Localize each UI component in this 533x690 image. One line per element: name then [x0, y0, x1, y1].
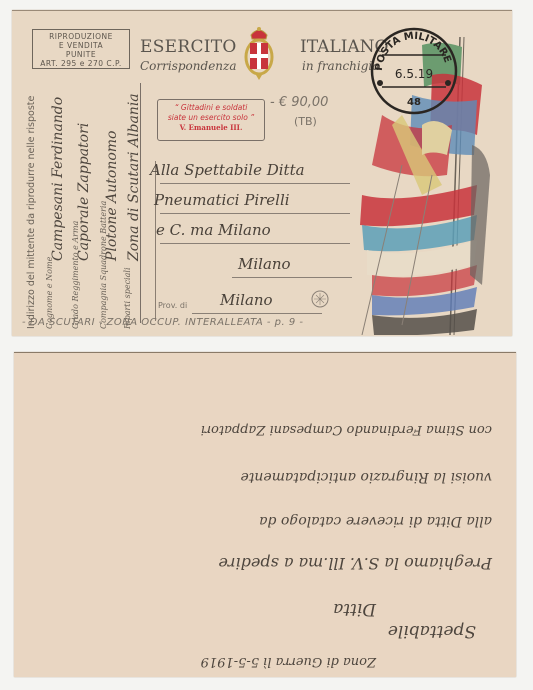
pencil-circle-mark-icon — [310, 289, 330, 309]
address-line: Milano — [238, 255, 291, 273]
handwritten-message: Zona di Guerra lì 5-5-1919 Spettabile Di… — [14, 353, 516, 677]
sender-instruction: Indirizzo del mittente da riprodurre nel… — [26, 96, 37, 329]
address-line: Milano — [220, 291, 273, 309]
message-line: Preghiamo la S.V. Ill.ma a spedire — [218, 554, 492, 573]
address-line: e C. ma Milano — [156, 221, 271, 239]
sender-field-value: Campesani Ferdinando — [50, 97, 66, 261]
postmark-stamp: POSTA MILITARE 6.5.19 48 — [368, 25, 460, 117]
postmark-text: POSTA MILITARE — [374, 31, 453, 72]
postmark-date: 6.5.19 — [395, 67, 433, 81]
message-line: Spettabile — [388, 621, 476, 641]
message-line: Ditta — [333, 599, 376, 619]
address-line: Pneumatici Pirelli — [154, 191, 290, 209]
message-line: alla Ditta di ricevere catalogo da — [259, 513, 492, 529]
quote-box: “ Gittadini e soldati siate un esercito … — [157, 99, 265, 141]
postmark-number: 48 — [407, 97, 421, 108]
address-underline — [160, 183, 350, 184]
bottom-pencil-note: - DA SCUTARI - ZONA OCCUP. INTERALLEATA … — [22, 317, 304, 328]
header-title-left: ESERCITO — [140, 37, 237, 57]
postcard-back: Zona di Guerra lì 5-5-1919 Spettabile Di… — [14, 352, 516, 677]
sender-field-value: Caporale Zappatori — [76, 123, 92, 261]
pencil-code: (TB) — [294, 115, 317, 128]
message-line: con Stima Ferdinando Campesani Zappatori — [201, 422, 492, 437]
address-underline — [232, 277, 352, 278]
address-underline — [192, 313, 322, 314]
message-line: vuoisi la Ringrazio anticipatamente — [240, 469, 492, 485]
divider — [155, 161, 156, 321]
address-line: Alla Spettabile Ditta — [150, 161, 305, 179]
address-underline — [160, 213, 350, 214]
sender-field-value: Zona di Scutari Albania — [126, 93, 142, 261]
header-subtitle-left: Corrispondenza — [140, 59, 237, 73]
pencil-price: - € 90,00 — [270, 95, 328, 110]
savoy-crest-icon — [244, 25, 274, 81]
quote-line: “ Gittadini e soldati — [158, 103, 264, 113]
message-line: Zona di Guerra lì 5-5-1919 — [201, 654, 376, 669]
quote-signature: V. Emanuele III. — [158, 123, 264, 133]
quote-line: siate un esercito solo ” — [158, 113, 264, 123]
sender-column: Indirizzo del mittente da riprodurre nel… — [12, 11, 147, 331]
province-prefix: Prov. di — [158, 301, 187, 310]
address-underline — [160, 243, 350, 244]
postcard-front: RIPRODUZIONE E VENDITA PUNITE ART. 295 e… — [12, 10, 512, 336]
sender-field-value: Plotone Autonomo — [104, 131, 120, 261]
svg-text:POSTA MILITARE: POSTA MILITARE — [374, 31, 453, 72]
